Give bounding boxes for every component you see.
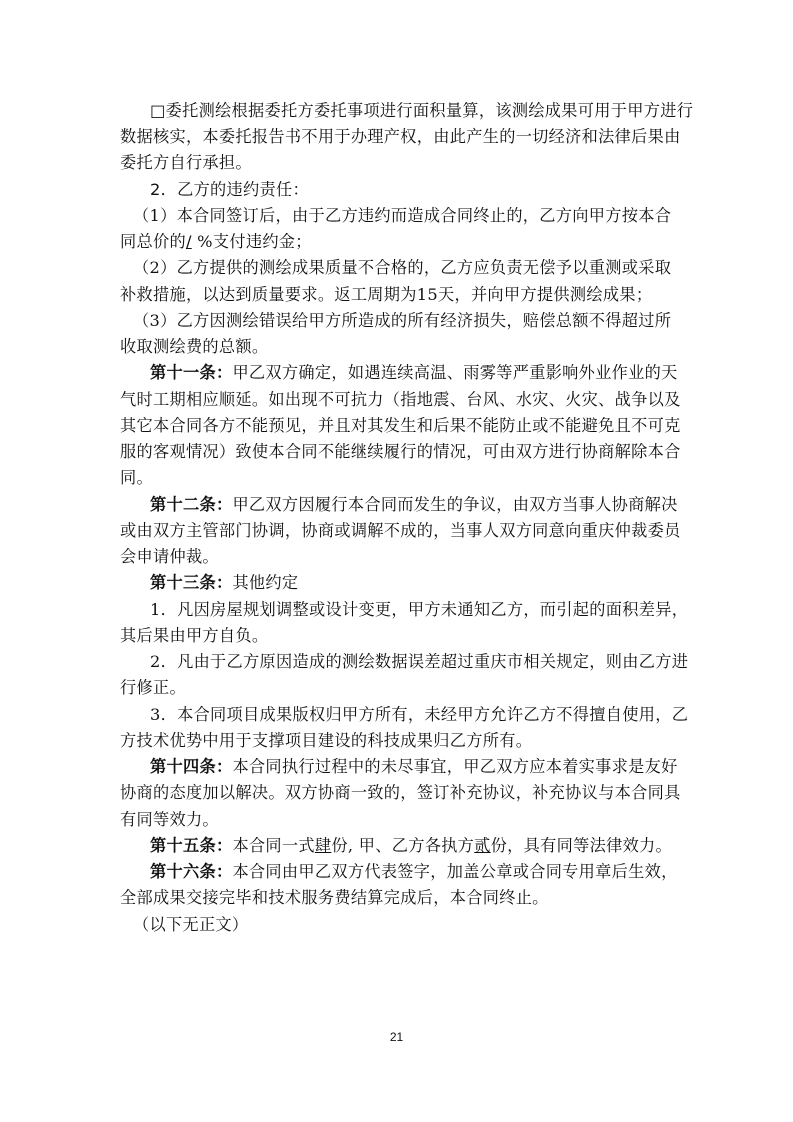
text-line: 1．凡因房屋规划调整或设计变更，甲方未通知乙方，而引起的面积差异， (150, 600, 688, 620)
text-line: □委托测绘根据委托方委托事项进行面积量算，该测绘成果可用于甲方进行 (150, 101, 693, 121)
text-line: 3．本合同项目成果版权归甲方所有，未经甲方允许乙方不得擅自使用，乙 (150, 705, 688, 725)
article-heading: 第十二条： (150, 495, 232, 514)
article-13: 第十三条：其他约定 (150, 573, 298, 593)
section-heading: 2．乙方的违约责任： (150, 180, 309, 200)
end-note: （以下无正文） (133, 915, 248, 935)
text-line: 其后果由甲方自负。 (120, 626, 268, 646)
text-line: 2．凡由于乙方原因造成的测绘数据误差超过重庆市相关规定，则由乙方进 (150, 652, 688, 672)
article-heading: 第十五条： (150, 836, 232, 855)
text-line: （1）本合同签订后，由于乙方违约而造成合同终止的，乙方向甲方按本合 (133, 206, 671, 226)
text-line: 补救措施，以达到质量要求。返工周期为15天，并向甲方提供测绘成果； (120, 285, 652, 305)
text-line: 其它本合同各方不能预见，并且对其发生和后果不能防止或不能避免且不可克 (120, 416, 681, 436)
document-page: □委托测绘根据委托方委托事项进行面积量算，该测绘成果可用于甲方进行 数据核实，本… (0, 0, 793, 1122)
text-line: 收取测绘费的总额。 (120, 337, 268, 357)
copies-total-blank: 肆 (315, 836, 332, 855)
text-line: 协商的态度加以解决。双方协商一致的，签订补充协议，补充协议与本合同具 (120, 783, 681, 803)
article-heading: 第十一条： (150, 363, 232, 382)
article-heading: 第十三条： (150, 573, 232, 592)
article-heading: 第十六条： (150, 862, 232, 881)
text-line: （3）乙方因测绘错误给甲方所造成的所有经济损失，赔偿总额不得超过所 (133, 311, 671, 331)
article-12: 第十二条：甲乙双方因履行本合同而发生的争议，由双方当事人协商解决 (150, 495, 678, 515)
text-line: 有同等效力。 (120, 810, 219, 830)
article-14: 第十四条：本合同执行过程中的未尽事宜，甲乙双方应本着实事求是友好 (150, 757, 678, 777)
text-line: 全部成果交接完毕和技术服务费结算完成后，本合同终止。 (120, 888, 549, 908)
article-15: 第十五条：本合同一式肆份, 甲、乙方各执方贰份，具有同等法律效力。 (150, 836, 672, 856)
text-line: 服的客观情况）致使本合同不能继续履行的情况，可由双方进行协商解除本合 (120, 442, 681, 462)
article-11: 第十一条：甲乙双方确定，如遇连续高温、雨雾等严重影响外业作业的天 (150, 363, 678, 383)
text-line: 或由双方主管部门协调，协商或调解不成的，当事人双方同意向重庆仲裁委员 (120, 521, 681, 541)
text-line: 同。 (120, 468, 153, 488)
text-line: 委托方自行承担。 (120, 153, 252, 173)
text-line: 同总价的/ %支付违约金； (120, 232, 312, 252)
text-line: 会申请仲裁。 (120, 547, 219, 567)
text-line: 行修正。 (120, 678, 186, 698)
text-line: 数据核实，本委托报告书不用于办理产权，由此产生的一切经济和法律后果由 (120, 127, 681, 147)
article-heading: 第十四条： (150, 757, 232, 776)
copies-each-blank: 贰 (474, 836, 491, 855)
text-line: 气时工期相应顺延。如出现不可抗力（指地震、台风、水灾、火灾、战争以及 (120, 390, 681, 410)
article-16: 第十六条：本合同由甲乙双方代表签字，加盖公章或合同专用章后生效， (150, 862, 678, 882)
page-number: 21 (0, 1030, 793, 1044)
penalty-percent-blank: / (186, 232, 192, 251)
text-line: （2）乙方提供的测绘成果质量不合格的，乙方应负责无偿予以重测或采取 (133, 258, 671, 278)
text-line: 方技术优势中用于支撑项目建设的科技成果归乙方所有。 (120, 731, 532, 751)
